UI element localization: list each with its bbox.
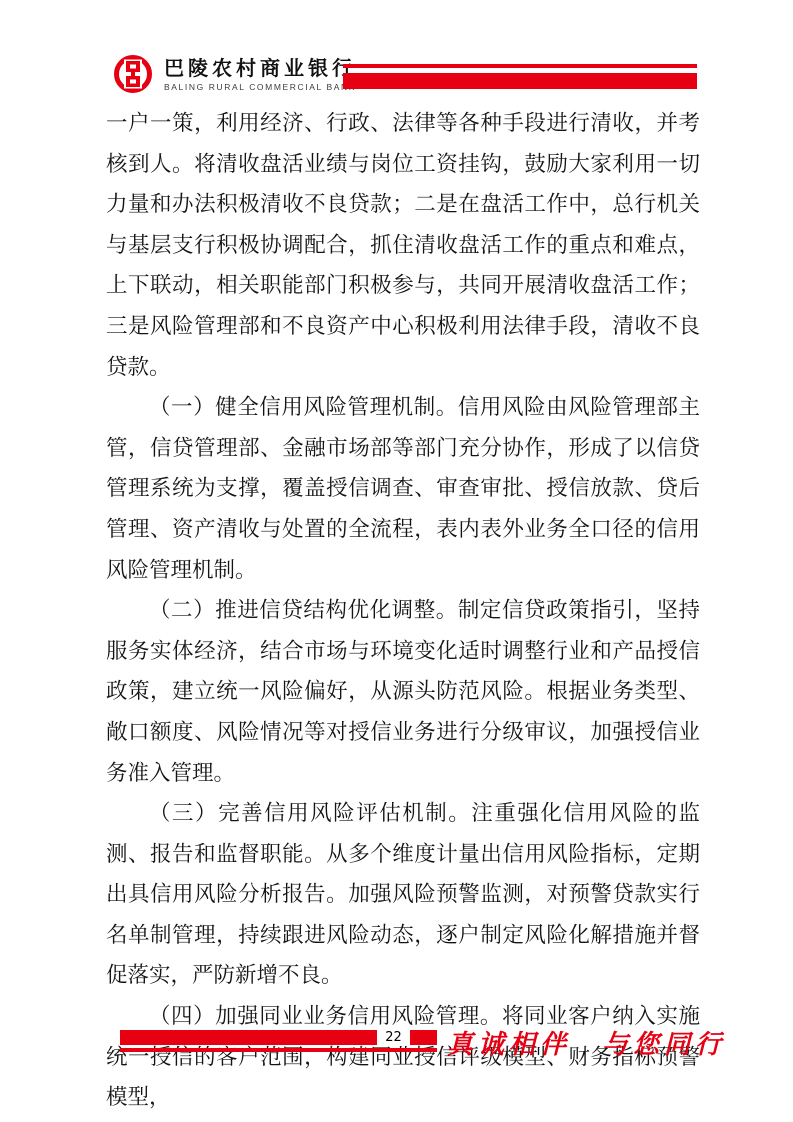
paragraph-item-2: （二）推进信贷结构优化调整。制定信贷政策指引，坚持服务实体经济，结合市场与环境变… xyxy=(106,591,700,794)
document-body: 一户一策，利用经济、行政、法律等各种手段进行清收，并考核到人。将清收盘活业绩与岗… xyxy=(106,104,700,1119)
paragraph-item-1: （一）健全信用风险管理机制。信用风险由风险管理部主管，信贷管理部、金融市场部等部… xyxy=(106,388,700,591)
bank-logo-icon xyxy=(113,51,153,97)
document-page: 巴陵农村商业银行 BALING RURAL COMMERCIAL BANK 一户… xyxy=(0,0,793,1122)
bank-name-chinese: 巴陵农村商业银行 xyxy=(164,56,344,80)
paragraph-continuation: 一户一策，利用经济、行政、法律等各种手段进行清收，并考核到人。将清收盘活业绩与岗… xyxy=(106,104,700,388)
paragraph-item-3: （三）完善信用风险评估机制。注重强化信用风险的监测、报告和监督职能。从多个维度计… xyxy=(106,794,700,997)
footer-slogan: 真诚相伴 与您同行 xyxy=(447,1024,699,1061)
header-decorative-bars xyxy=(343,64,697,89)
page-number: 22 xyxy=(385,1030,402,1045)
header-bar-thick xyxy=(343,73,697,89)
header-bar-thin xyxy=(343,64,697,68)
bank-name-english: BALING RURAL COMMERCIAL BANK xyxy=(164,82,344,92)
footer-bar-thin xyxy=(120,1048,437,1052)
page-number-box: 22 xyxy=(377,1030,410,1045)
bank-names: 巴陵农村商业银行 BALING RURAL COMMERCIAL BANK xyxy=(164,56,344,92)
footer-bar-thick: 22 xyxy=(120,1030,437,1045)
